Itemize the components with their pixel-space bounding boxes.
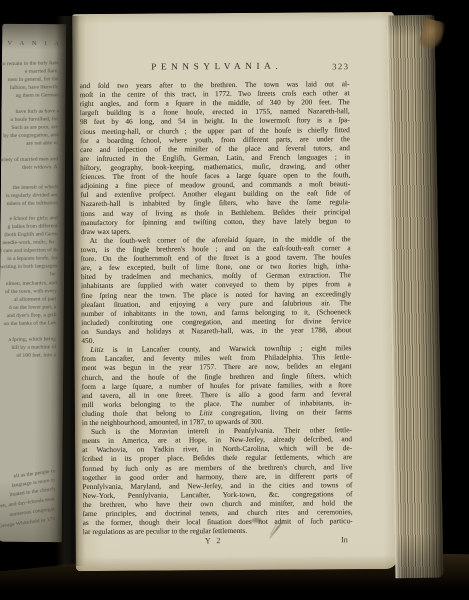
left-page-text-fragment: in a ſeparate houſe, for [7,255,58,262]
left-page-text-fragment: e ſchool for girls; and [9,215,57,222]
left-page-text-fragment: of 100 feet, into a [17,352,57,359]
running-header: PENNSYLVANIA. [79,60,349,72]
ink-smudge [252,518,262,523]
right-page: PENNSYLVANIA. 323 and ſold two years aft… [72,12,398,571]
fore-edge-pages [387,15,444,579]
left-page-text-fragment: al allotment of part [14,296,57,303]
left-page-text-fragment: l care and inſpection of th [0,247,57,254]
left-page-text-fragment: and dyer's ſhop, a griſt [7,312,57,319]
left-page-text-fragment: Such as are poor, are [12,124,59,131]
left-page-text-fragment: d on the lower part, a [9,304,57,311]
left-page-text-fragment: on the banks of the Leh [4,320,57,327]
left-page-text: d to remain in the holy ſtatee married ſ… [2,24,66,25]
left-page-text-fragment: e married ſtate. [25,68,59,75]
left-page-text-fragment: the intereſt of which [13,184,58,191]
paragraph: Such is the Moravian intereſt in Pennſyl… [82,425,353,536]
left-page-text-fragment: hill by a machine of [12,344,57,351]
left-page-text-fragment: writing in both languages [0,263,57,270]
text-line: manufactory for ſpinning and twiſting co… [80,216,350,227]
left-page-text-fragment: d to remain in the holy ſtate [0,60,59,67]
book-photo: V A N I A d to remain in the holy ſtatee… [0,0,469,600]
left-page-text-fragment: mbers of the inſtitution [6,200,58,207]
left-page: V A N I A d to remain in the holy ſtatee… [0,24,66,543]
page-number: 323 [332,61,349,71]
left-page-text-fragment: ng them in German [15,92,58,99]
left-page-text-fragment: n houſe furniſhed, for [11,116,59,123]
left-page-text-fragment: a ſpring, which being [9,336,57,343]
paragraph: and ſold two years after to the brethren… [80,79,351,236]
left-page-text-fragment: is regularly divided am [6,192,58,199]
text-line: on Sundays and holidays at Nazareth-hall… [81,325,351,336]
left-page-text-fragment: of the town, with every [5,288,57,295]
left-page-text-fragment: needle-work, muſic, &c. [3,239,58,246]
signature-mark: Y 2 [205,536,223,545]
left-page-text-fragment: eſmen, mechanics, and [6,280,57,287]
left-page-text-fragment: ociety of married men and [0,156,58,163]
left-page-text-fragment: faſhion, have likewiſe [10,84,59,91]
left-page-header-fragment: V A N I A [7,40,62,47]
left-page-text-fragment: have ſuch as have a [15,108,59,115]
catchword: In [341,535,348,544]
left-page-text-fragment: he. [50,271,57,277]
left-page-text-fragment: men in general, for the [8,76,59,83]
left-page-text-fragment: by the congregation, and [3,132,58,139]
left-page-text-fragment: George Whitefield in 174 [0,516,55,529]
page-header-row: PENNSYLVANIA. 323 [79,60,349,74]
left-page-text-fragment: are not able to [26,140,58,147]
body-text: and ſold two years after to the brethren… [80,79,353,536]
left-page-text-fragment: their widows. A [22,164,58,171]
paragraph: Litiz is in Lancaſter county, and Warwic… [81,343,352,427]
page-footer-row: Y 2 In [83,535,353,548]
left-page-text-fragment: (both Engliſh and Germ [4,231,57,238]
left-page-text-fragment: g ladies from different [7,223,57,230]
paragraph: At the ſouth-weſt corner of the aforeſai… [81,234,352,345]
